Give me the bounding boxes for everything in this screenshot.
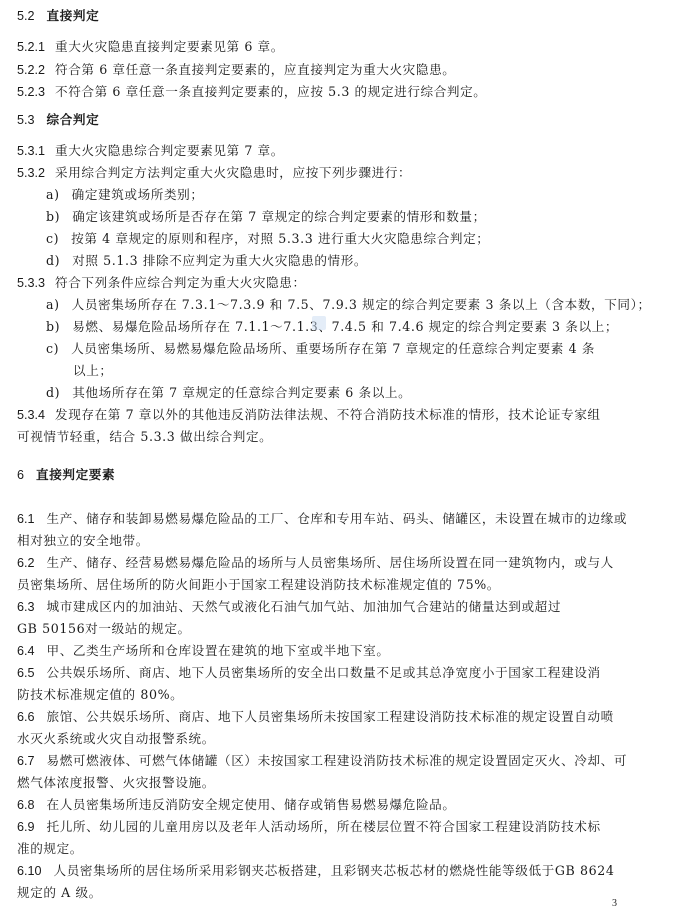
clause-6-10: 6.10人员密集场所的居住场所采用彩钢夹芯板搭建，且彩钢夹芯板芯材的燃烧性能等级…: [17, 863, 614, 879]
clause-5-3-4: 5.3.4发现存在第 7 章以外的其他违反消防法律法规、不符合消防技术标准的情形…: [17, 407, 601, 423]
clause-text-continuation: 可视情节轻重，结合 5.3.3 做出综合判定。: [17, 429, 272, 444]
clause-text-continuation: 准的规定。: [17, 841, 83, 856]
clause-number: 6.6: [17, 709, 35, 725]
clause-text: 公共娱乐场所、商店、地下人员密集场所的安全出口数量不足或其总净宽度小于国家工程建…: [47, 665, 601, 680]
clause-number: 6.1: [17, 511, 35, 527]
clause-5-3-2: 5.3.2采用综合判定方法判定重大火灾隐患时，应按下列步骤进行：: [17, 165, 411, 181]
clause-text: 城市建成区内的加油站、天然气或液化石油气加气站、加油加气合建站的储量达到或超过: [47, 599, 562, 614]
clause-number: 5.3.3: [17, 275, 45, 291]
list-item-5-3-3-d: d)其他场所存在第 7 章规定的任意综合判定要素 6 条以上。: [46, 385, 411, 401]
clause-6-8: 6.8在人员密集场所违反消防安全规定使用、储存或销售易燃易爆危险品。: [17, 797, 456, 813]
item-text: 人员密集场所存在 7.3.1～7.3.9 和 7.5、7.9.3 规定的综合判定…: [72, 297, 651, 312]
clause-6-5-continuation: 防技术标准规定值的 80%。: [17, 687, 183, 703]
chapter-heading-6: 6直接判定要素: [17, 467, 115, 483]
item-text: 人员密集场所、易燃易爆危险品场所、重要场所存在第 7 章规定的任意综合判定要素 …: [71, 341, 595, 356]
clause-text: 重大火灾隐患综合判定要素见第 7 章。: [55, 143, 284, 158]
clause-5-2-3: 5.2.3不符合第 6 章任意一条直接判定要素的，应按 5.3 的规定进行综合判…: [17, 84, 487, 100]
clause-text-continuation: GB 50156对一级站的规定。: [17, 621, 191, 636]
item-marker: c): [46, 231, 59, 246]
clause-number: 6.8: [17, 797, 35, 813]
clause-number: 6.2: [17, 555, 35, 571]
list-item-5-3-3-a: a)人员密集场所存在 7.3.1～7.3.9 和 7.5、7.9.3 规定的综合…: [46, 297, 651, 313]
clause-6-9: 6.9托儿所、幼儿园的儿童用房以及老年人活动场所，所在楼层位置不符合国家工程建设…: [17, 819, 601, 835]
clause-number: 6.4: [17, 643, 35, 659]
clause-text: 重大火灾隐患直接判定要素见第 6 章。: [55, 39, 284, 54]
clause-text-continuation: 防技术标准规定值的 80%。: [17, 687, 183, 702]
clause-6-3-continuation: GB 50156对一级站的规定。: [17, 621, 191, 637]
item-text: 按第 4 章规定的原则和程序，对照 5.3.3 进行重大火灾隐患综合判定；: [71, 231, 489, 246]
clause-number: 5.2.1: [17, 39, 45, 55]
clause-5-3-3: 5.3.3符合下列条件应综合判定为重大火灾隐患：: [17, 275, 306, 291]
item-text: 确定建筑或场所类别；: [72, 187, 204, 202]
watermark-mark: [312, 316, 326, 330]
document-page: 5.2直接判定 5.2.1重大火灾隐患直接判定要素见第 6 章。 5.2.2符合…: [0, 0, 681, 918]
clause-text-continuation: 员密集场所、居住场所的防火间距小于国家工程建设消防技术标准规定值的 75%。: [17, 577, 500, 592]
clause-6-2-continuation: 员密集场所、居住场所的防火间距小于国家工程建设消防技术标准规定值的 75%。: [17, 577, 500, 593]
item-text: 易燃、易爆危险品场所存在 7.1.1～7.1.3、7.4.5 和 7.4.6 规…: [72, 319, 618, 334]
item-text: 其他场所存在第 7 章规定的任意综合判定要素 6 条以上。: [72, 385, 411, 400]
clause-number: 6.5: [17, 665, 35, 681]
clause-text: 旅馆、公共娱乐场所、商店、地下人员密集场所未按国家工程建设消防技术标准的规定设置…: [47, 709, 614, 724]
section-heading-5-2: 5.2直接判定: [17, 8, 99, 24]
clause-number: 6.10: [17, 863, 42, 879]
clause-text-continuation: 相对独立的安全地带。: [17, 533, 149, 548]
clause-6-7: 6.7易燃可燃液体、可燃气体储罐（区）未按国家工程建设消防技术标准的规定设置固定…: [17, 753, 627, 769]
list-item-5-3-3-b: b)易燃、易爆危险品场所存在 7.1.1～7.1.3、7.4.5 和 7.4.6…: [46, 319, 618, 335]
clause-text-continuation: 燃气体浓度报警、火灾报警设施。: [17, 775, 215, 790]
clause-5-2-1: 5.2.1重大火灾隐患直接判定要素见第 6 章。: [17, 39, 284, 55]
clause-6-7-continuation: 燃气体浓度报警、火灾报警设施。: [17, 775, 215, 791]
clause-6-2: 6.2生产、储存、经营易燃易爆危险品的场所与人员密集场所、居住场所设置在同一建筑…: [17, 555, 614, 571]
item-marker: c): [46, 341, 59, 356]
item-marker: d): [46, 385, 60, 400]
list-item-5-3-2-d: d)对照 5.1.3 排除不应判定为重大火灾隐患的情形。: [46, 253, 367, 269]
clause-text: 发现存在第 7 章以外的其他违反消防法律法规、不符合消防技术标准的情形，技术论证…: [55, 407, 601, 422]
clause-6-6-continuation: 水灭火系统或火灾自动报警系统。: [17, 731, 215, 747]
item-marker: a): [46, 187, 60, 202]
page-number: 3: [612, 898, 617, 909]
chapter-title: 直接判定要素: [36, 467, 115, 482]
clause-5-2-2: 5.2.2符合第 6 章任意一条直接判定要素的，应直接判定为重大火灾隐患。: [17, 62, 455, 78]
clause-number: 5.3.1: [17, 143, 45, 159]
clause-text: 人员密集场所的居住场所采用彩钢夹芯板搭建，且彩钢夹芯板芯材的燃烧性能等级低于GB…: [54, 863, 615, 878]
clause-text: 生产、储存、经营易燃易爆危险品的场所与人员密集场所、居住场所设置在同一建筑物内，…: [47, 555, 614, 570]
clause-number: 5.3.2: [17, 165, 45, 181]
clause-text-continuation: 水灭火系统或火灾自动报警系统。: [17, 731, 215, 746]
list-item-5-3-2-c: c)按第 4 章规定的原则和程序，对照 5.3.3 进行重大火灾隐患综合判定；: [46, 231, 489, 247]
clause-6-3: 6.3城市建成区内的加油站、天然气或液化石油气加气站、加油加气合建站的储量达到或…: [17, 599, 561, 615]
item-marker: d): [46, 253, 60, 268]
clause-6-4: 6.4甲、乙类生产场所和仓库设置在建筑的地下室或半地下室。: [17, 643, 390, 659]
section-title: 综合判定: [47, 112, 100, 127]
clause-text: 生产、储存和装卸易燃易爆危险品的工厂、仓库和专用车站、码头、储罐区，未设置在城市…: [47, 511, 628, 526]
clause-number: 6.9: [17, 819, 35, 835]
clause-text: 符合下列条件应综合判定为重大火灾隐患：: [55, 275, 306, 290]
list-item-5-3-3-c-continuation: 以上；: [73, 363, 113, 379]
clause-text: 甲、乙类生产场所和仓库设置在建筑的地下室或半地下室。: [47, 643, 390, 658]
item-text: 确定该建筑或场所是否存在第 7 章规定的综合判定要素的情形和数量；: [72, 209, 486, 224]
clause-6-9-continuation: 准的规定。: [17, 841, 83, 857]
list-item-5-3-3-c: c)人员密集场所、易燃易爆危险品场所、重要场所存在第 7 章规定的任意综合判定要…: [46, 341, 595, 357]
section-heading-5-3: 5.3综合判定: [17, 112, 99, 128]
item-marker: b): [46, 209, 60, 224]
clause-number: 6.7: [17, 753, 35, 769]
clause-text: 符合第 6 章任意一条直接判定要素的，应直接判定为重大火灾隐患。: [55, 62, 455, 77]
clause-text: 托儿所、幼儿园的儿童用房以及老年人活动场所，所在楼层位置不符合国家工程建设消防技…: [47, 819, 601, 834]
clause-5-3-1: 5.3.1重大火灾隐患综合判定要素见第 7 章。: [17, 143, 284, 159]
clause-6-1: 6.1生产、储存和装卸易燃易爆危险品的工厂、仓库和专用车站、码头、储罐区，未设置…: [17, 511, 627, 527]
clause-text-continuation: 规定的 A 级。: [17, 885, 102, 900]
clause-number: 5.2.3: [17, 84, 45, 100]
clause-6-10-continuation: 规定的 A 级。: [17, 885, 102, 901]
clause-6-5: 6.5公共娱乐场所、商店、地下人员密集场所的安全出口数量不足或其总净宽度小于国家…: [17, 665, 601, 681]
clause-number: 5.3.4: [17, 407, 45, 423]
list-item-5-3-2-a: a)确定建筑或场所类别；: [46, 187, 204, 203]
chapter-number: 6: [17, 467, 24, 483]
clause-5-3-4-continuation: 可视情节轻重，结合 5.3.3 做出综合判定。: [17, 429, 272, 445]
item-text: 对照 5.1.3 排除不应判定为重大火灾隐患的情形。: [72, 253, 367, 268]
item-marker: b): [46, 319, 60, 334]
section-number: 5.3: [17, 112, 35, 128]
section-number: 5.2: [17, 8, 35, 24]
item-text-continuation: 以上；: [73, 363, 113, 378]
clause-text: 在人员密集场所违反消防安全规定使用、储存或销售易燃易爆危险品。: [47, 797, 456, 812]
clause-number: 5.2.2: [17, 62, 45, 78]
clause-text: 不符合第 6 章任意一条直接判定要素的，应按 5.3 的规定进行综合判定。: [55, 84, 486, 99]
list-item-5-3-2-b: b)确定该建筑或场所是否存在第 7 章规定的综合判定要素的情形和数量；: [46, 209, 486, 225]
clause-text: 易燃可燃液体、可燃气体储罐（区）未按国家工程建设消防技术标准的规定设置固定灭火、…: [47, 753, 628, 768]
section-title: 直接判定: [47, 8, 100, 23]
clause-number: 6.3: [17, 599, 35, 615]
clause-6-6: 6.6旅馆、公共娱乐场所、商店、地下人员密集场所未按国家工程建设消防技术标准的规…: [17, 709, 614, 725]
clause-6-1-continuation: 相对独立的安全地带。: [17, 533, 149, 549]
item-marker: a): [46, 297, 60, 312]
clause-text: 采用综合判定方法判定重大火灾隐患时，应按下列步骤进行：: [55, 165, 411, 180]
